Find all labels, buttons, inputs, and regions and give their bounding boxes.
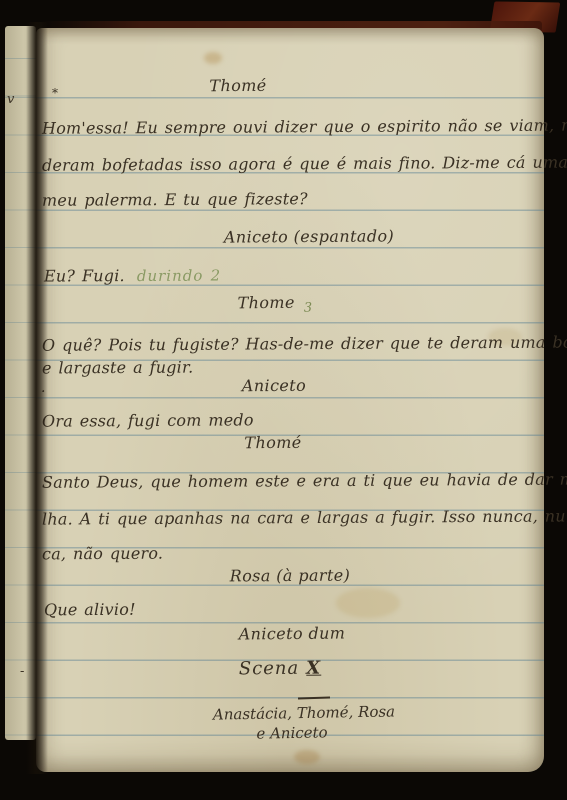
scene-heading: ScenaX — [26, 655, 534, 681]
paper-stain — [294, 750, 320, 764]
scene-number: X — [306, 658, 321, 679]
dialogue-line: Ora essa, fugi com medo — [42, 410, 254, 430]
dialogue-line: ca, não quero. — [42, 544, 163, 564]
dialogue-line: Hom'essa! Eu sempre ouvi dizer que o esp… — [42, 115, 567, 138]
margin-dash-mark: - — [20, 664, 24, 679]
manuscript-page: * . Thomé Hom'essa! Eu sempre ouvi dizer… — [36, 28, 544, 772]
dialogue-line: e largaste a fugir. — [42, 358, 193, 378]
dialogue-line: O quê? Pois tu fugiste? Has-de-me dizer … — [42, 332, 567, 355]
dialogue-line: Eu? Fugi.durindo 2 — [44, 265, 221, 285]
paper-stain — [336, 588, 400, 618]
binding-gutter-shadow — [26, 22, 48, 774]
speaker-heading-thome: Thomé — [19, 431, 527, 454]
green-ink-annotation: durindo 2 — [137, 266, 221, 285]
dialogue-line: lha. A ti que apanhas na cara e largas a… — [42, 506, 567, 528]
speaker-heading-aniceto-dum: Aniceto dum — [38, 622, 546, 645]
footnote-mark: * — [52, 86, 58, 100]
margin-check-mark: v — [7, 92, 14, 107]
speaker-heading-rosa-aparte: Rosa (à parte) — [36, 564, 544, 587]
paper-stain — [204, 52, 222, 64]
speaker-heading-aniceto-espantado: Aniceto (espantado) — [55, 225, 563, 248]
speaker-heading-thome: Thome3 — [21, 290, 529, 318]
speaker-heading-thome: Thomé — [0, 74, 492, 97]
green-ink-number: 3 — [304, 301, 313, 316]
scene-divider-dash — [298, 696, 330, 699]
dialogue-line: Que alivio! — [44, 600, 136, 620]
dialogue-line: deram bofetadas isso agora é que é mais … — [42, 152, 567, 175]
dialogue-line: Santo Deus, que homem este e era a ti qu… — [42, 469, 567, 492]
dialogue-line: meu palerma. E tu que fizeste? — [42, 189, 308, 210]
speaker-heading-aniceto: Aniceto — [20, 374, 528, 397]
manuscript-photo: v - * . Thomé Hom'essa! Eu sempre ouvi d… — [0, 0, 567, 800]
